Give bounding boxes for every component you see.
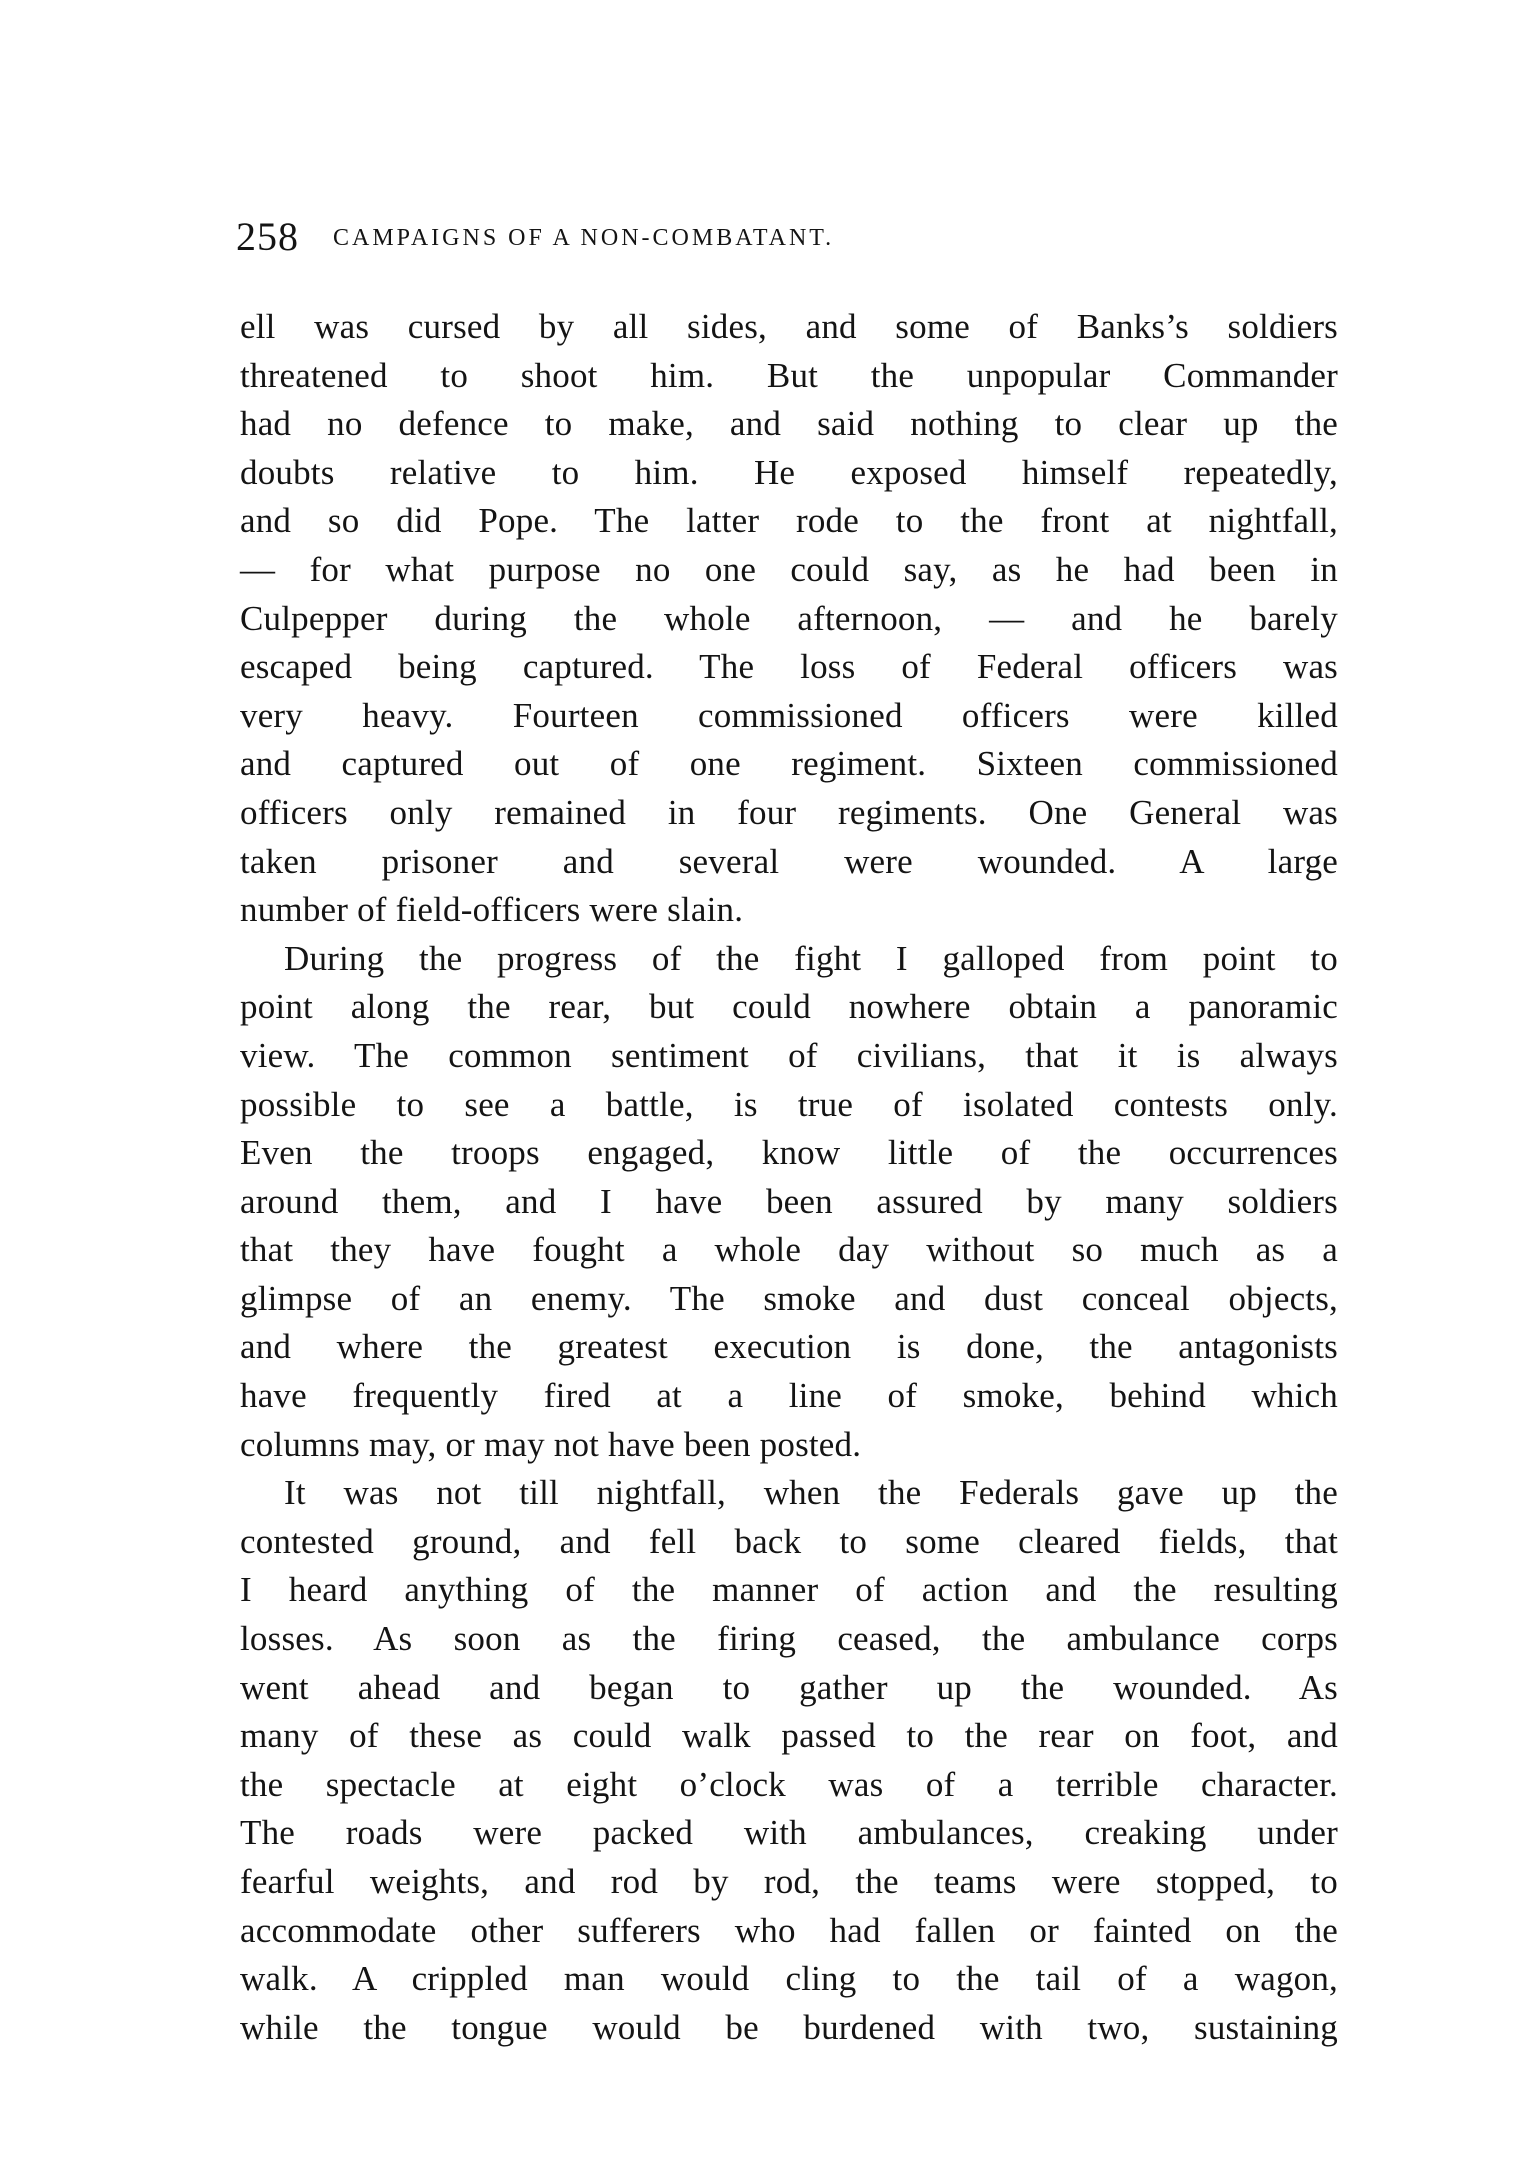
text-line: losses. As soon as the firing ceased, th… [240,1615,1338,1664]
text-line: point along the rear, but could nowhere … [240,983,1338,1032]
text-line: and so did Pope. The latter rode to the … [240,497,1338,546]
text-line: many of these as could walk passed to th… [240,1712,1338,1761]
text-line: I heard anything of the manner of action… [240,1566,1338,1615]
book-page: 258 CAMPAIGNS OF A NON-COMBATANT. ell wa… [0,0,1524,2178]
text-line: glimpse of an enemy. The smoke and dust … [240,1275,1338,1324]
paragraph-2: During the progress of the fight I gallo… [240,935,1338,1470]
text-line: accommodate other sufferers who had fall… [240,1907,1338,1956]
text-line: and where the greatest execution is done… [240,1323,1338,1372]
text-line: had no defence to make, and said nothing… [240,400,1338,449]
text-line: ell was cursed by all sides, and some of… [240,303,1338,352]
text-line: possible to see a battle, is true of iso… [240,1081,1338,1130]
page-number: 258 [236,212,299,262]
text-line: threatened to shoot him. But the unpopul… [240,352,1338,401]
text-line: went ahead and began to gather up the wo… [240,1664,1338,1713]
text-line: Even the troops engaged, know little of … [240,1129,1338,1178]
text-line: doubts relative to him. He exposed himse… [240,449,1338,498]
text-line: It was not till nightfall, when the Fede… [240,1469,1338,1518]
text-line: taken prisoner and several were wounded.… [240,838,1338,887]
text-line: walk. A crippled man would cling to the … [240,1955,1338,2004]
text-line: columns may, or may not have been posted… [240,1421,1338,1470]
body-text: ell was cursed by all sides, and some of… [240,303,1338,2052]
paragraph-1: ell was cursed by all sides, and some of… [240,303,1338,935]
text-line: have frequently fired at a line of smoke… [240,1372,1338,1421]
text-line: During the progress of the fight I gallo… [240,935,1338,984]
text-line: around them, and I have been assured by … [240,1178,1338,1227]
page-header: 258 CAMPAIGNS OF A NON-COMBATANT. [236,212,1336,262]
text-line: and captured out of one regiment. Sixtee… [240,740,1338,789]
text-line: escaped being captured. The loss of Fede… [240,643,1338,692]
text-line: fearful weights, and rod by rod, the tea… [240,1858,1338,1907]
text-line: view. The common sentiment of civilians,… [240,1032,1338,1081]
text-line: that they have fought a whole day withou… [240,1226,1338,1275]
text-line: while the tongue would be burdened with … [240,2004,1338,2053]
text-line: officers only remained in four regiments… [240,789,1338,838]
text-line: the spectacle at eight o’clock was of a … [240,1761,1338,1810]
paragraph-3: It was not till nightfall, when the Fede… [240,1469,1338,2052]
text-line: contested ground, and fell back to some … [240,1518,1338,1567]
text-line: very heavy. Fourteen commissioned office… [240,692,1338,741]
running-title: CAMPAIGNS OF A NON-COMBATANT. [333,218,834,258]
text-line: Culpepper during the whole afternoon, — … [240,595,1338,644]
text-line: The roads were packed with ambulances, c… [240,1809,1338,1858]
text-line: number of field-officers were slain. [240,886,1338,935]
text-line: — for what purpose no one could say, as … [240,546,1338,595]
